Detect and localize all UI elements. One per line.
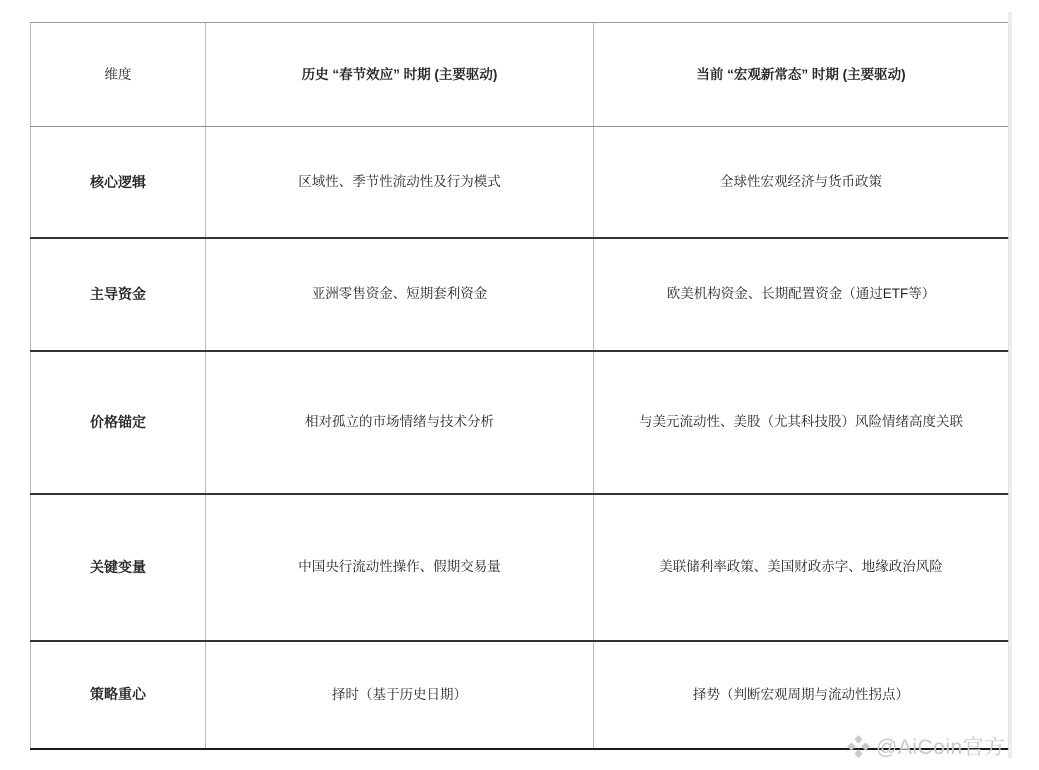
cell-dominant-capital-current: 欧美机构资金、长期配置资金（通过ETF等） — [594, 238, 1009, 351]
row-label-strategy-focus: 策略重心 — [31, 641, 206, 749]
cell-core-logic-current: 全球性宏观经济与货币政策 — [594, 127, 1009, 238]
page-edge-shade — [1008, 12, 1012, 758]
comparison-table: 维度 历史 “春节效应” 时期 (主要驱动) 当前 “宏观新常态” 时期 (主要… — [30, 22, 1009, 750]
cell-strategy-focus-historical: 择时（基于历史日期） — [206, 641, 594, 749]
header-dimension: 维度 — [31, 23, 206, 127]
cell-key-variables-historical: 中国央行流动性操作、假期交易量 — [206, 494, 594, 641]
row-label-dominant-capital: 主导资金 — [31, 238, 206, 351]
table-header-row: 维度 历史 “春节效应” 时期 (主要驱动) 当前 “宏观新常态” 时期 (主要… — [31, 23, 1009, 127]
watermark: @AiCoin官方 — [846, 731, 1006, 761]
cell-core-logic-historical: 区域性、季节性流动性及行为模式 — [206, 127, 594, 238]
cell-price-anchor-current: 与美元流动性、美股（尤其科技股）风险情绪高度关联 — [594, 351, 1009, 494]
header-historical-period: 历史 “春节效应” 时期 (主要驱动) — [206, 23, 594, 127]
header-current-period: 当前 “宏观新常态” 时期 (主要驱动) — [594, 23, 1009, 127]
row-label-key-variables: 关键变量 — [31, 494, 206, 641]
watermark-text: @AiCoin官方 — [876, 731, 1006, 761]
table-row: 核心逻辑 区域性、季节性流动性及行为模式 全球性宏观经济与货币政策 — [31, 127, 1009, 238]
table-image: 维度 历史 “春节效应” 时期 (主要驱动) 当前 “宏观新常态” 时期 (主要… — [0, 0, 1039, 770]
table-row: 主导资金 亚洲零售资金、短期套利资金 欧美机构资金、长期配置资金（通过ETF等） — [31, 238, 1009, 351]
row-label-price-anchor: 价格锚定 — [31, 351, 206, 494]
table-row: 关键变量 中国央行流动性操作、假期交易量 美联储利率政策、美国财政赤字、地缘政治… — [31, 494, 1009, 641]
cell-dominant-capital-historical: 亚洲零售资金、短期套利资金 — [206, 238, 594, 351]
cell-price-anchor-historical: 相对孤立的市场情绪与技术分析 — [206, 351, 594, 494]
cell-key-variables-current: 美联储利率政策、美国财政赤字、地缘政治风险 — [594, 494, 1009, 641]
aicoin-logo-icon — [846, 734, 871, 759]
table-row: 价格锚定 相对孤立的市场情绪与技术分析 与美元流动性、美股（尤其科技股）风险情绪… — [31, 351, 1009, 494]
row-label-core-logic: 核心逻辑 — [31, 127, 206, 238]
